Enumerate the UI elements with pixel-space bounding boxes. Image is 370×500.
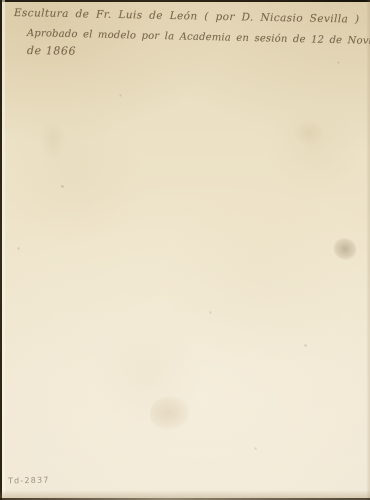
paper-edge-top: [0, 0, 370, 2]
foxing-specks: [0, 0, 1, 1]
stain: [40, 120, 66, 160]
handwritten-approval-note-line2: de 1866: [27, 44, 76, 58]
stain: [330, 235, 360, 263]
scanned-document-page: Escultura de Fr. Luis de León ( por D. N…: [0, 0, 370, 500]
paper-edge-bottom-shade: [0, 490, 370, 498]
paper-edge-left-highlight: [2, 0, 5, 500]
handwritten-approval-note-line1: Aprobado el modelo por la Academia en se…: [27, 28, 370, 48]
inventory-code: Td-2837: [8, 475, 50, 485]
stain: [294, 120, 324, 146]
paper-edge-right-shade: [366, 0, 370, 500]
stain: [150, 396, 190, 430]
paper-texture: [0, 0, 370, 500]
handwritten-title: Escultura de Fr. Luis de León ( por D. N…: [14, 7, 360, 26]
